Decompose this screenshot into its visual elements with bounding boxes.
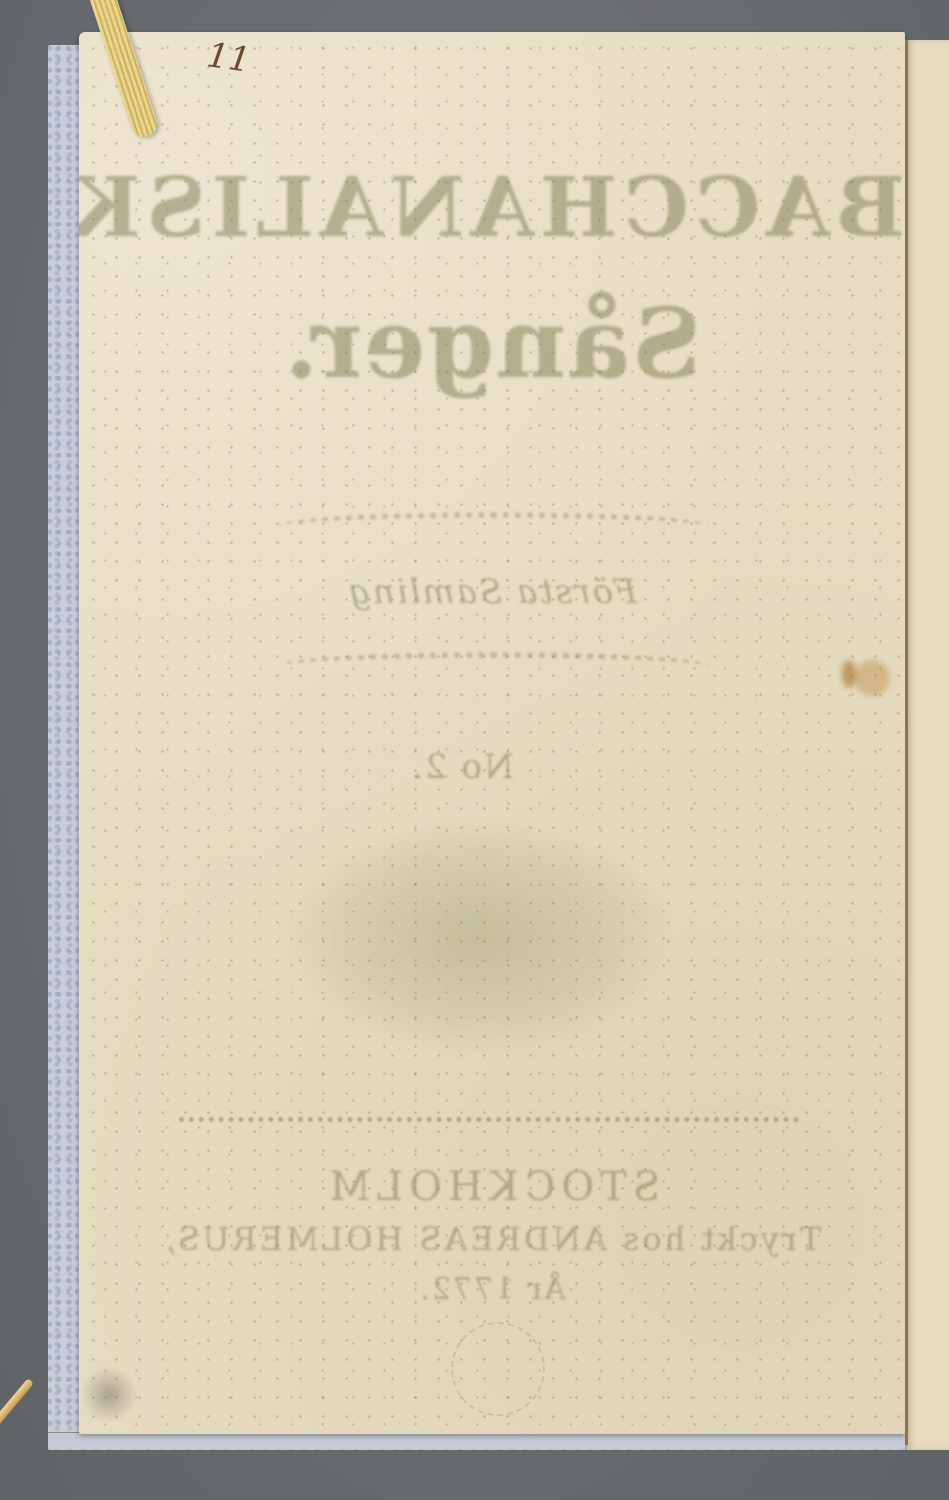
shelfmark-annotation: 11 [204, 35, 252, 81]
showthrough-place: STOCKHOLM [79, 1164, 905, 1210]
showthrough-subtitle: Första Samling [79, 572, 905, 612]
showthrough-number: No 2. [79, 747, 875, 787]
corner-smudge [79, 1367, 139, 1422]
foxing-stain [854, 660, 890, 696]
showthrough-year: År 1772. [79, 1272, 905, 1307]
facing-page-edge [905, 40, 949, 1450]
ornament-rule-top [279, 512, 709, 540]
ornament-rule-bottom [279, 652, 709, 680]
printer-vignette-ornament [289, 822, 669, 1052]
showthrough-title-line-2: Sånger. [79, 287, 905, 400]
board-edge [48, 1432, 908, 1449]
blind-stamp [451, 1322, 545, 1416]
gutter-fold [905, 40, 908, 1445]
showthrough-title-line-1: BACCHANALISKA [79, 160, 905, 256]
showthrough-printer: Tryckt hos ANDREAS HOLMERUS, [79, 1220, 905, 1258]
foxing-stain-facing [842, 660, 856, 688]
book-page: 11 BACCHANALISKA Sånger. Första Samling … [79, 32, 905, 1434]
fleuron-rule [179, 1117, 799, 1132]
